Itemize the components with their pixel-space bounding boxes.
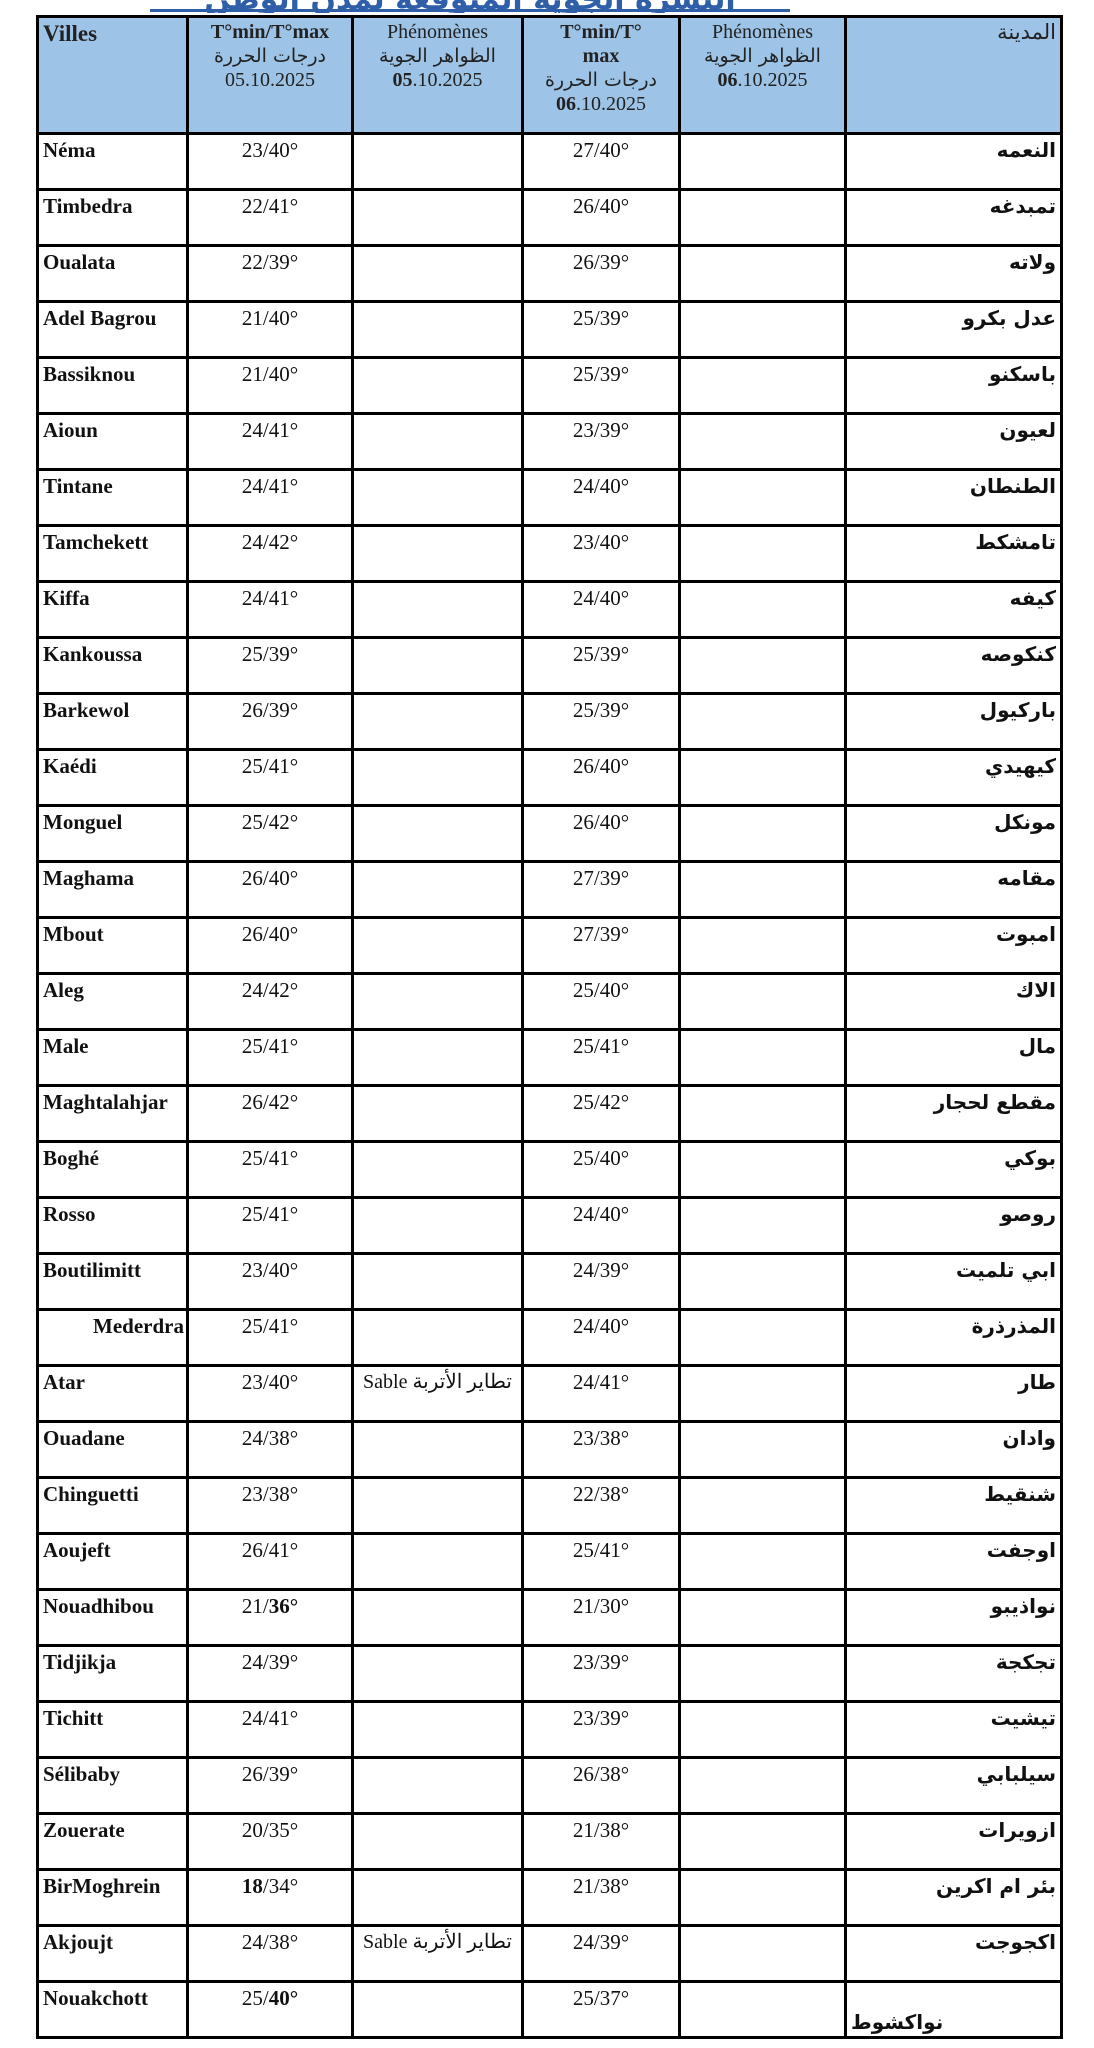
city-name: Atar bbox=[38, 1366, 188, 1422]
phenomena-day2 bbox=[680, 1478, 846, 1534]
table-row: Rosso25/41°24/40°روصو bbox=[38, 1198, 1062, 1254]
table-row: Tintane24/41°24/40°الطنطان bbox=[38, 470, 1062, 526]
temp-day2: 25/39° bbox=[523, 358, 680, 414]
phenomena-day2 bbox=[680, 1702, 846, 1758]
table-row: Nouakchott25/40°25/37°نواكشوط bbox=[38, 1982, 1062, 2038]
temp-day1: 25/41° bbox=[188, 1142, 353, 1198]
date-rest: .10.2025 bbox=[576, 93, 646, 115]
temp-day1: 24/38° bbox=[188, 1926, 353, 1982]
table-row: Aoujeft26/41°25/41°اوجفت bbox=[38, 1534, 1062, 1590]
header-villes: Villes bbox=[38, 17, 188, 134]
city-name: Tintane bbox=[38, 470, 188, 526]
date-day: 06 bbox=[556, 93, 576, 115]
phenomena-day1 bbox=[353, 1982, 523, 2038]
temp-day2: 24/40° bbox=[523, 1310, 680, 1366]
city-name-ar: الاك bbox=[846, 974, 1062, 1030]
table-row: Tichitt24/41°23/39°تيشيت bbox=[38, 1702, 1062, 1758]
city-name: Male bbox=[38, 1030, 188, 1086]
city-name: Oualata bbox=[38, 246, 188, 302]
city-name-ar: نواكشوط bbox=[846, 1982, 1062, 2038]
phenomena-day2 bbox=[680, 1142, 846, 1198]
phenomena-day2 bbox=[680, 302, 846, 358]
phenomena-day2 bbox=[680, 1590, 846, 1646]
phenomena-day1 bbox=[353, 1142, 523, 1198]
phenomena-day1 bbox=[353, 302, 523, 358]
temp-part: 36° bbox=[269, 1594, 298, 1618]
phenomena-day2 bbox=[680, 1422, 846, 1478]
city-name: Kaédi bbox=[38, 750, 188, 806]
city-name: Timbedra bbox=[38, 190, 188, 246]
phenomena-day2 bbox=[680, 1646, 846, 1702]
city-name: BirMoghrein bbox=[38, 1870, 188, 1926]
table-row: Zouerate20/35°21/38°ازويرات bbox=[38, 1814, 1062, 1870]
city-name-ar: تجكجة bbox=[846, 1646, 1062, 1702]
city-name: Nouakchott bbox=[38, 1982, 188, 2038]
phenomena-day1 bbox=[353, 246, 523, 302]
temp-day2: 21/38° bbox=[523, 1870, 680, 1926]
phenomena-day1 bbox=[353, 1198, 523, 1254]
temp-day2: 23/39° bbox=[523, 414, 680, 470]
city-name-ar: تامشكط bbox=[846, 526, 1062, 582]
city-name-ar: تيشيت bbox=[846, 1702, 1062, 1758]
phenomena-day1 bbox=[353, 1310, 523, 1366]
date-day: 05 bbox=[393, 69, 413, 91]
table-row: Sélibaby26/39°26/38°سيلبابي bbox=[38, 1758, 1062, 1814]
temp-day1: 25/41° bbox=[188, 1198, 353, 1254]
phenomena-day2 bbox=[680, 1366, 846, 1422]
temp-day2: 24/41° bbox=[523, 1366, 680, 1422]
temp-day1: 26/42° bbox=[188, 1086, 353, 1142]
temp-day2: 23/40° bbox=[523, 526, 680, 582]
city-name: Aleg bbox=[38, 974, 188, 1030]
phenomena-day2 bbox=[680, 134, 846, 190]
temp-part: 21/ bbox=[242, 1594, 269, 1618]
header-temp-day2-label-2: max bbox=[524, 44, 678, 68]
date-day: 06 bbox=[718, 69, 738, 91]
table-row: Kiffa24/41°24/40°كيفه bbox=[38, 582, 1062, 638]
phenomena-day1 bbox=[353, 1030, 523, 1086]
table-row: Barkewol26/39°25/39°باركيول bbox=[38, 694, 1062, 750]
city-name: Kiffa bbox=[38, 582, 188, 638]
temp-day1: 25/41° bbox=[188, 1310, 353, 1366]
temp-day1: 24/41° bbox=[188, 414, 353, 470]
temp-day2: 26/40° bbox=[523, 750, 680, 806]
phenomena-day2 bbox=[680, 1254, 846, 1310]
phenomena-day1 bbox=[353, 414, 523, 470]
temp-day2: 21/38° bbox=[523, 1814, 680, 1870]
temp-day1: 26/39° bbox=[188, 1758, 353, 1814]
phenomena-day1 bbox=[353, 582, 523, 638]
city-name-ar: سيلبابي bbox=[846, 1758, 1062, 1814]
temp-day1: 25/40° bbox=[188, 1982, 353, 2038]
phenomena-day2 bbox=[680, 246, 846, 302]
temp-day1: 25/41° bbox=[188, 750, 353, 806]
city-name-ar: بوكي bbox=[846, 1142, 1062, 1198]
city-name-ar: الطنطان bbox=[846, 470, 1062, 526]
header-temp-day2: T°min/T° max درجات الحررة 06.10.2025 bbox=[523, 17, 680, 134]
header-phen-day1-date: 05.10.2025 bbox=[354, 68, 521, 92]
temp-day1: 23/40° bbox=[188, 134, 353, 190]
table-row: Timbedra22/41°26/40°تمبدغه bbox=[38, 190, 1062, 246]
city-name: Maghama bbox=[38, 862, 188, 918]
city-name-ar: لعيون bbox=[846, 414, 1062, 470]
temp-day2: 24/39° bbox=[523, 1926, 680, 1982]
city-name-ar: نواذيبو bbox=[846, 1590, 1062, 1646]
city-name: Akjoujt bbox=[38, 1926, 188, 1982]
phenomena-day1 bbox=[353, 526, 523, 582]
header-phen-day2-date: 06.10.2025 bbox=[681, 68, 844, 92]
table-row: Monguel25/42°26/40°مونكل bbox=[38, 806, 1062, 862]
temp-day2: 26/40° bbox=[523, 806, 680, 862]
city-name-ar: اوجفت bbox=[846, 1534, 1062, 1590]
header-phen-day1: Phénomènes الظواهر الجوية 05.10.2025 bbox=[353, 17, 523, 134]
phenomena-day1 bbox=[353, 1086, 523, 1142]
table-row: Atar23/40°Sable تطاير الأتربة24/41°طار bbox=[38, 1366, 1062, 1422]
table-row: Ouadane24/38°23/38°وادان bbox=[38, 1422, 1062, 1478]
city-name-ar: طار bbox=[846, 1366, 1062, 1422]
temp-day2: 27/40° bbox=[523, 134, 680, 190]
phenomena-day1 bbox=[353, 134, 523, 190]
table-row: Mbout26/40°27/39°امبوت bbox=[38, 918, 1062, 974]
city-name-ar: مقامه bbox=[846, 862, 1062, 918]
phenomena-day2 bbox=[680, 1982, 846, 2038]
city-name: Chinguetti bbox=[38, 1478, 188, 1534]
phenomena-day1 bbox=[353, 1590, 523, 1646]
city-name: Bassiknou bbox=[38, 358, 188, 414]
city-name-ar: ولاته bbox=[846, 246, 1062, 302]
temp-day2: 26/39° bbox=[523, 246, 680, 302]
table-row: Aioun24/41°23/39°لعيون bbox=[38, 414, 1062, 470]
city-name: Boutilimitt bbox=[38, 1254, 188, 1310]
phenomena-day1 bbox=[353, 1870, 523, 1926]
temp-day2: 26/40° bbox=[523, 190, 680, 246]
page-title-cropped: النشرة الجوية المتوقعة لمدن الوطن bbox=[150, 0, 790, 13]
temp-day2: 25/41° bbox=[523, 1534, 680, 1590]
city-name-ar: روصو bbox=[846, 1198, 1062, 1254]
phenomena-day2 bbox=[680, 414, 846, 470]
temp-day2: 22/38° bbox=[523, 1478, 680, 1534]
city-name-ar: مال bbox=[846, 1030, 1062, 1086]
phenomena-day1 bbox=[353, 1758, 523, 1814]
city-name-ar: وادان bbox=[846, 1422, 1062, 1478]
phenomena-day1 bbox=[353, 638, 523, 694]
temp-day1: 23/40° bbox=[188, 1366, 353, 1422]
table-row: Mederdra25/41°24/40°المذرذرة bbox=[38, 1310, 1062, 1366]
temp-day1: 25/39° bbox=[188, 638, 353, 694]
phenomena-day2 bbox=[680, 582, 846, 638]
city-name-ar: المذرذرة bbox=[846, 1310, 1062, 1366]
city-name: Adel Bagrou bbox=[38, 302, 188, 358]
city-name: Tidjikja bbox=[38, 1646, 188, 1702]
city-name-ar: امبوت bbox=[846, 918, 1062, 974]
city-name-ar: مونكل bbox=[846, 806, 1062, 862]
header-phen-day2: Phénomènes الظواهر الجوية 06.10.2025 bbox=[680, 17, 846, 134]
city-name: Monguel bbox=[38, 806, 188, 862]
temp-day1: 24/38° bbox=[188, 1422, 353, 1478]
city-name-ar: مقطع لحجار bbox=[846, 1086, 1062, 1142]
temp-day2: 26/38° bbox=[523, 1758, 680, 1814]
temp-day2: 23/38° bbox=[523, 1422, 680, 1478]
temp-day1: 22/41° bbox=[188, 190, 353, 246]
temp-part: 40° bbox=[269, 1986, 298, 2010]
table-row: Akjoujt24/38°Sable تطاير الأتربة24/39°اك… bbox=[38, 1926, 1062, 1982]
header-city-ar: المدينة bbox=[846, 17, 1062, 134]
table-row: Kankoussa25/39°25/39°كنكوصه bbox=[38, 638, 1062, 694]
table-row: Oualata22/39°26/39°ولاته bbox=[38, 246, 1062, 302]
city-name: Kankoussa bbox=[38, 638, 188, 694]
city-name-ar: كيفه bbox=[846, 582, 1062, 638]
phenomena-day2 bbox=[680, 1534, 846, 1590]
phenomena-day2 bbox=[680, 1926, 846, 1982]
temp-day2: 23/39° bbox=[523, 1646, 680, 1702]
temp-day1: 21/40° bbox=[188, 358, 353, 414]
temp-day2: 27/39° bbox=[523, 862, 680, 918]
table-row: Boghé25/41°25/40°بوكي bbox=[38, 1142, 1062, 1198]
phenomena-day2 bbox=[680, 470, 846, 526]
city-name: Rosso bbox=[38, 1198, 188, 1254]
table-row: Male25/41°25/41°مال bbox=[38, 1030, 1062, 1086]
phenomena-day1 bbox=[353, 1534, 523, 1590]
city-name-ar-text: نواكشوط bbox=[851, 2010, 943, 2034]
phenomena-day1: Sable تطاير الأتربة bbox=[353, 1926, 523, 1982]
temp-day2: 24/39° bbox=[523, 1254, 680, 1310]
phenomena-day2 bbox=[680, 806, 846, 862]
table-row: Adel Bagrou21/40°25/39°عدل بكرو bbox=[38, 302, 1062, 358]
city-name-ar: تمبدغه bbox=[846, 190, 1062, 246]
header-temp-day1-label: T°min/T°max bbox=[189, 20, 351, 44]
phenomena-day2 bbox=[680, 918, 846, 974]
phenomena-day1 bbox=[353, 1478, 523, 1534]
temp-day2: 23/39° bbox=[523, 1702, 680, 1758]
phenomena-day1 bbox=[353, 806, 523, 862]
city-name: Aioun bbox=[38, 414, 188, 470]
phenomena-day1 bbox=[353, 750, 523, 806]
temp-day1: 24/41° bbox=[188, 1702, 353, 1758]
header-phen-day1-label: Phénomènes bbox=[354, 20, 521, 44]
phenomena-day2 bbox=[680, 190, 846, 246]
phenomena-day2 bbox=[680, 1086, 846, 1142]
phenomena-day2 bbox=[680, 694, 846, 750]
city-name: Mbout bbox=[38, 918, 188, 974]
city-name-ar: باسكنو bbox=[846, 358, 1062, 414]
city-name: Aoujeft bbox=[38, 1534, 188, 1590]
temp-day1: 25/41° bbox=[188, 1030, 353, 1086]
temp-day1: 26/40° bbox=[188, 918, 353, 974]
phenomena-day2 bbox=[680, 1870, 846, 1926]
phenomena-day1 bbox=[353, 918, 523, 974]
temp-day2: 21/30° bbox=[523, 1590, 680, 1646]
city-name: Néma bbox=[38, 134, 188, 190]
temp-day2: 25/42° bbox=[523, 1086, 680, 1142]
table-row: Maghama26/40°27/39°مقامه bbox=[38, 862, 1062, 918]
city-name-ar: عدل بكرو bbox=[846, 302, 1062, 358]
city-name: Zouerate bbox=[38, 1814, 188, 1870]
temp-day2: 25/39° bbox=[523, 638, 680, 694]
city-name: Maghtalahjar bbox=[38, 1086, 188, 1142]
temp-part: /34° bbox=[263, 1874, 298, 1898]
phenomena-day1 bbox=[353, 190, 523, 246]
phenomena-day1 bbox=[353, 1422, 523, 1478]
temp-day1: 24/39° bbox=[188, 1646, 353, 1702]
temp-day1: 21/40° bbox=[188, 302, 353, 358]
phenomena-day2 bbox=[680, 638, 846, 694]
header-temp-day2-date: 06.10.2025 bbox=[524, 92, 678, 116]
temp-day1: 26/40° bbox=[188, 862, 353, 918]
phenomena-day2 bbox=[680, 974, 846, 1030]
phenomena-day1 bbox=[353, 470, 523, 526]
phenomena-day1 bbox=[353, 1254, 523, 1310]
phenomena-day2 bbox=[680, 862, 846, 918]
table-header-row: Villes T°min/T°max درجات الحررة 05.10.20… bbox=[38, 17, 1062, 134]
city-name-ar: كنكوصه bbox=[846, 638, 1062, 694]
temp-day2: 24/40° bbox=[523, 1198, 680, 1254]
table-row: Kaédi25/41°26/40°كيهيدي bbox=[38, 750, 1062, 806]
weather-forecast-table: Villes T°min/T°max درجات الحررة 05.10.20… bbox=[36, 15, 1063, 2039]
city-name-ar: اكجوجت bbox=[846, 1926, 1062, 1982]
city-name: Boghé bbox=[38, 1142, 188, 1198]
header-phen-day2-ar: الظواهر الجوية bbox=[681, 44, 844, 68]
phenomena-day1 bbox=[353, 862, 523, 918]
city-name-ar: النعمه bbox=[846, 134, 1062, 190]
table-row: Néma23/40°27/40°النعمه bbox=[38, 134, 1062, 190]
phenomena-day2 bbox=[680, 358, 846, 414]
phenomena-day2 bbox=[680, 1814, 846, 1870]
city-name: Mederdra bbox=[38, 1310, 188, 1366]
temp-day1: 18/34° bbox=[188, 1870, 353, 1926]
temp-day1: 26/41° bbox=[188, 1534, 353, 1590]
table-row: Chinguetti23/38°22/38°شنقيط bbox=[38, 1478, 1062, 1534]
temp-day2: 25/37° bbox=[523, 1982, 680, 2038]
phenomena-day1 bbox=[353, 1702, 523, 1758]
phenomena-day1 bbox=[353, 358, 523, 414]
city-name: Sélibaby bbox=[38, 1758, 188, 1814]
city-name-ar: باركيول bbox=[846, 694, 1062, 750]
temp-day1: 22/39° bbox=[188, 246, 353, 302]
phenomena-day1: Sable تطاير الأتربة bbox=[353, 1366, 523, 1422]
title-underline bbox=[150, 9, 790, 12]
header-temp-day1-date: 05.10.2025 bbox=[189, 68, 351, 92]
temp-day1: 24/42° bbox=[188, 526, 353, 582]
city-name: Tichitt bbox=[38, 1702, 188, 1758]
temp-part: 25/ bbox=[242, 1986, 269, 2010]
phenomena-day1 bbox=[353, 1814, 523, 1870]
temp-day2: 25/39° bbox=[523, 302, 680, 358]
phenomena-day1 bbox=[353, 974, 523, 1030]
date-rest: .10.2025 bbox=[413, 69, 483, 91]
temp-day1: 25/42° bbox=[188, 806, 353, 862]
table-row: Bassiknou21/40°25/39°باسكنو bbox=[38, 358, 1062, 414]
temp-day2: 27/39° bbox=[523, 918, 680, 974]
temp-day1: 23/40° bbox=[188, 1254, 353, 1310]
temp-day1: 24/41° bbox=[188, 582, 353, 638]
header-temp-day1: T°min/T°max درجات الحررة 05.10.2025 bbox=[188, 17, 353, 134]
date-rest: .10.2025 bbox=[738, 69, 808, 91]
temp-day1: 23/38° bbox=[188, 1478, 353, 1534]
header-temp-day2-label: T°min/T° bbox=[524, 20, 678, 44]
city-name: Nouadhibou bbox=[38, 1590, 188, 1646]
phenomena-day2 bbox=[680, 750, 846, 806]
city-name: Ouadane bbox=[38, 1422, 188, 1478]
phenomena-day2 bbox=[680, 526, 846, 582]
temp-day1: 26/39° bbox=[188, 694, 353, 750]
temp-day2: 25/40° bbox=[523, 1142, 680, 1198]
city-name: Tamchekett bbox=[38, 526, 188, 582]
header-phen-day1-ar: الظواهر الجوية bbox=[354, 44, 521, 68]
city-name-ar: ازويرات bbox=[846, 1814, 1062, 1870]
temp-day1: 20/35° bbox=[188, 1814, 353, 1870]
city-name-ar: بئر ام اكرين bbox=[846, 1870, 1062, 1926]
table-row: Nouadhibou21/36°21/30°نواذيبو bbox=[38, 1590, 1062, 1646]
phenomena-day2 bbox=[680, 1758, 846, 1814]
header-temp-day2-ar: درجات الحررة bbox=[524, 68, 678, 92]
temp-day2: 24/40° bbox=[523, 470, 680, 526]
city-name: Barkewol bbox=[38, 694, 188, 750]
table-row: BirMoghrein18/34°21/38°بئر ام اكرين bbox=[38, 1870, 1062, 1926]
temp-part: 18 bbox=[242, 1874, 263, 1898]
table-row: Boutilimitt23/40°24/39°ابي تلميت bbox=[38, 1254, 1062, 1310]
phenomena-day2 bbox=[680, 1030, 846, 1086]
city-name-ar: ابي تلميت bbox=[846, 1254, 1062, 1310]
temp-day2: 24/40° bbox=[523, 582, 680, 638]
temp-day1: 24/42° bbox=[188, 974, 353, 1030]
table-row: Tidjikja24/39°23/39°تجكجة bbox=[38, 1646, 1062, 1702]
temp-day2: 25/41° bbox=[523, 1030, 680, 1086]
temp-day2: 25/40° bbox=[523, 974, 680, 1030]
temp-day1: 21/36° bbox=[188, 1590, 353, 1646]
table-row: Maghtalahjar26/42°25/42°مقطع لحجار bbox=[38, 1086, 1062, 1142]
phenomena-day1 bbox=[353, 694, 523, 750]
temp-day2: 25/39° bbox=[523, 694, 680, 750]
city-name-ar: كيهيدي bbox=[846, 750, 1062, 806]
header-temp-day1-ar: درجات الحررة bbox=[189, 44, 351, 68]
phenomena-day2 bbox=[680, 1198, 846, 1254]
temp-day1: 24/41° bbox=[188, 470, 353, 526]
phenomena-day2 bbox=[680, 1310, 846, 1366]
city-name-ar: شنقيط bbox=[846, 1478, 1062, 1534]
table-row: Aleg24/42°25/40°الاك bbox=[38, 974, 1062, 1030]
phenomena-day1 bbox=[353, 1646, 523, 1702]
table-row: Tamchekett24/42°23/40°تامشكط bbox=[38, 526, 1062, 582]
header-phen-day2-label: Phénomènes bbox=[681, 20, 844, 44]
